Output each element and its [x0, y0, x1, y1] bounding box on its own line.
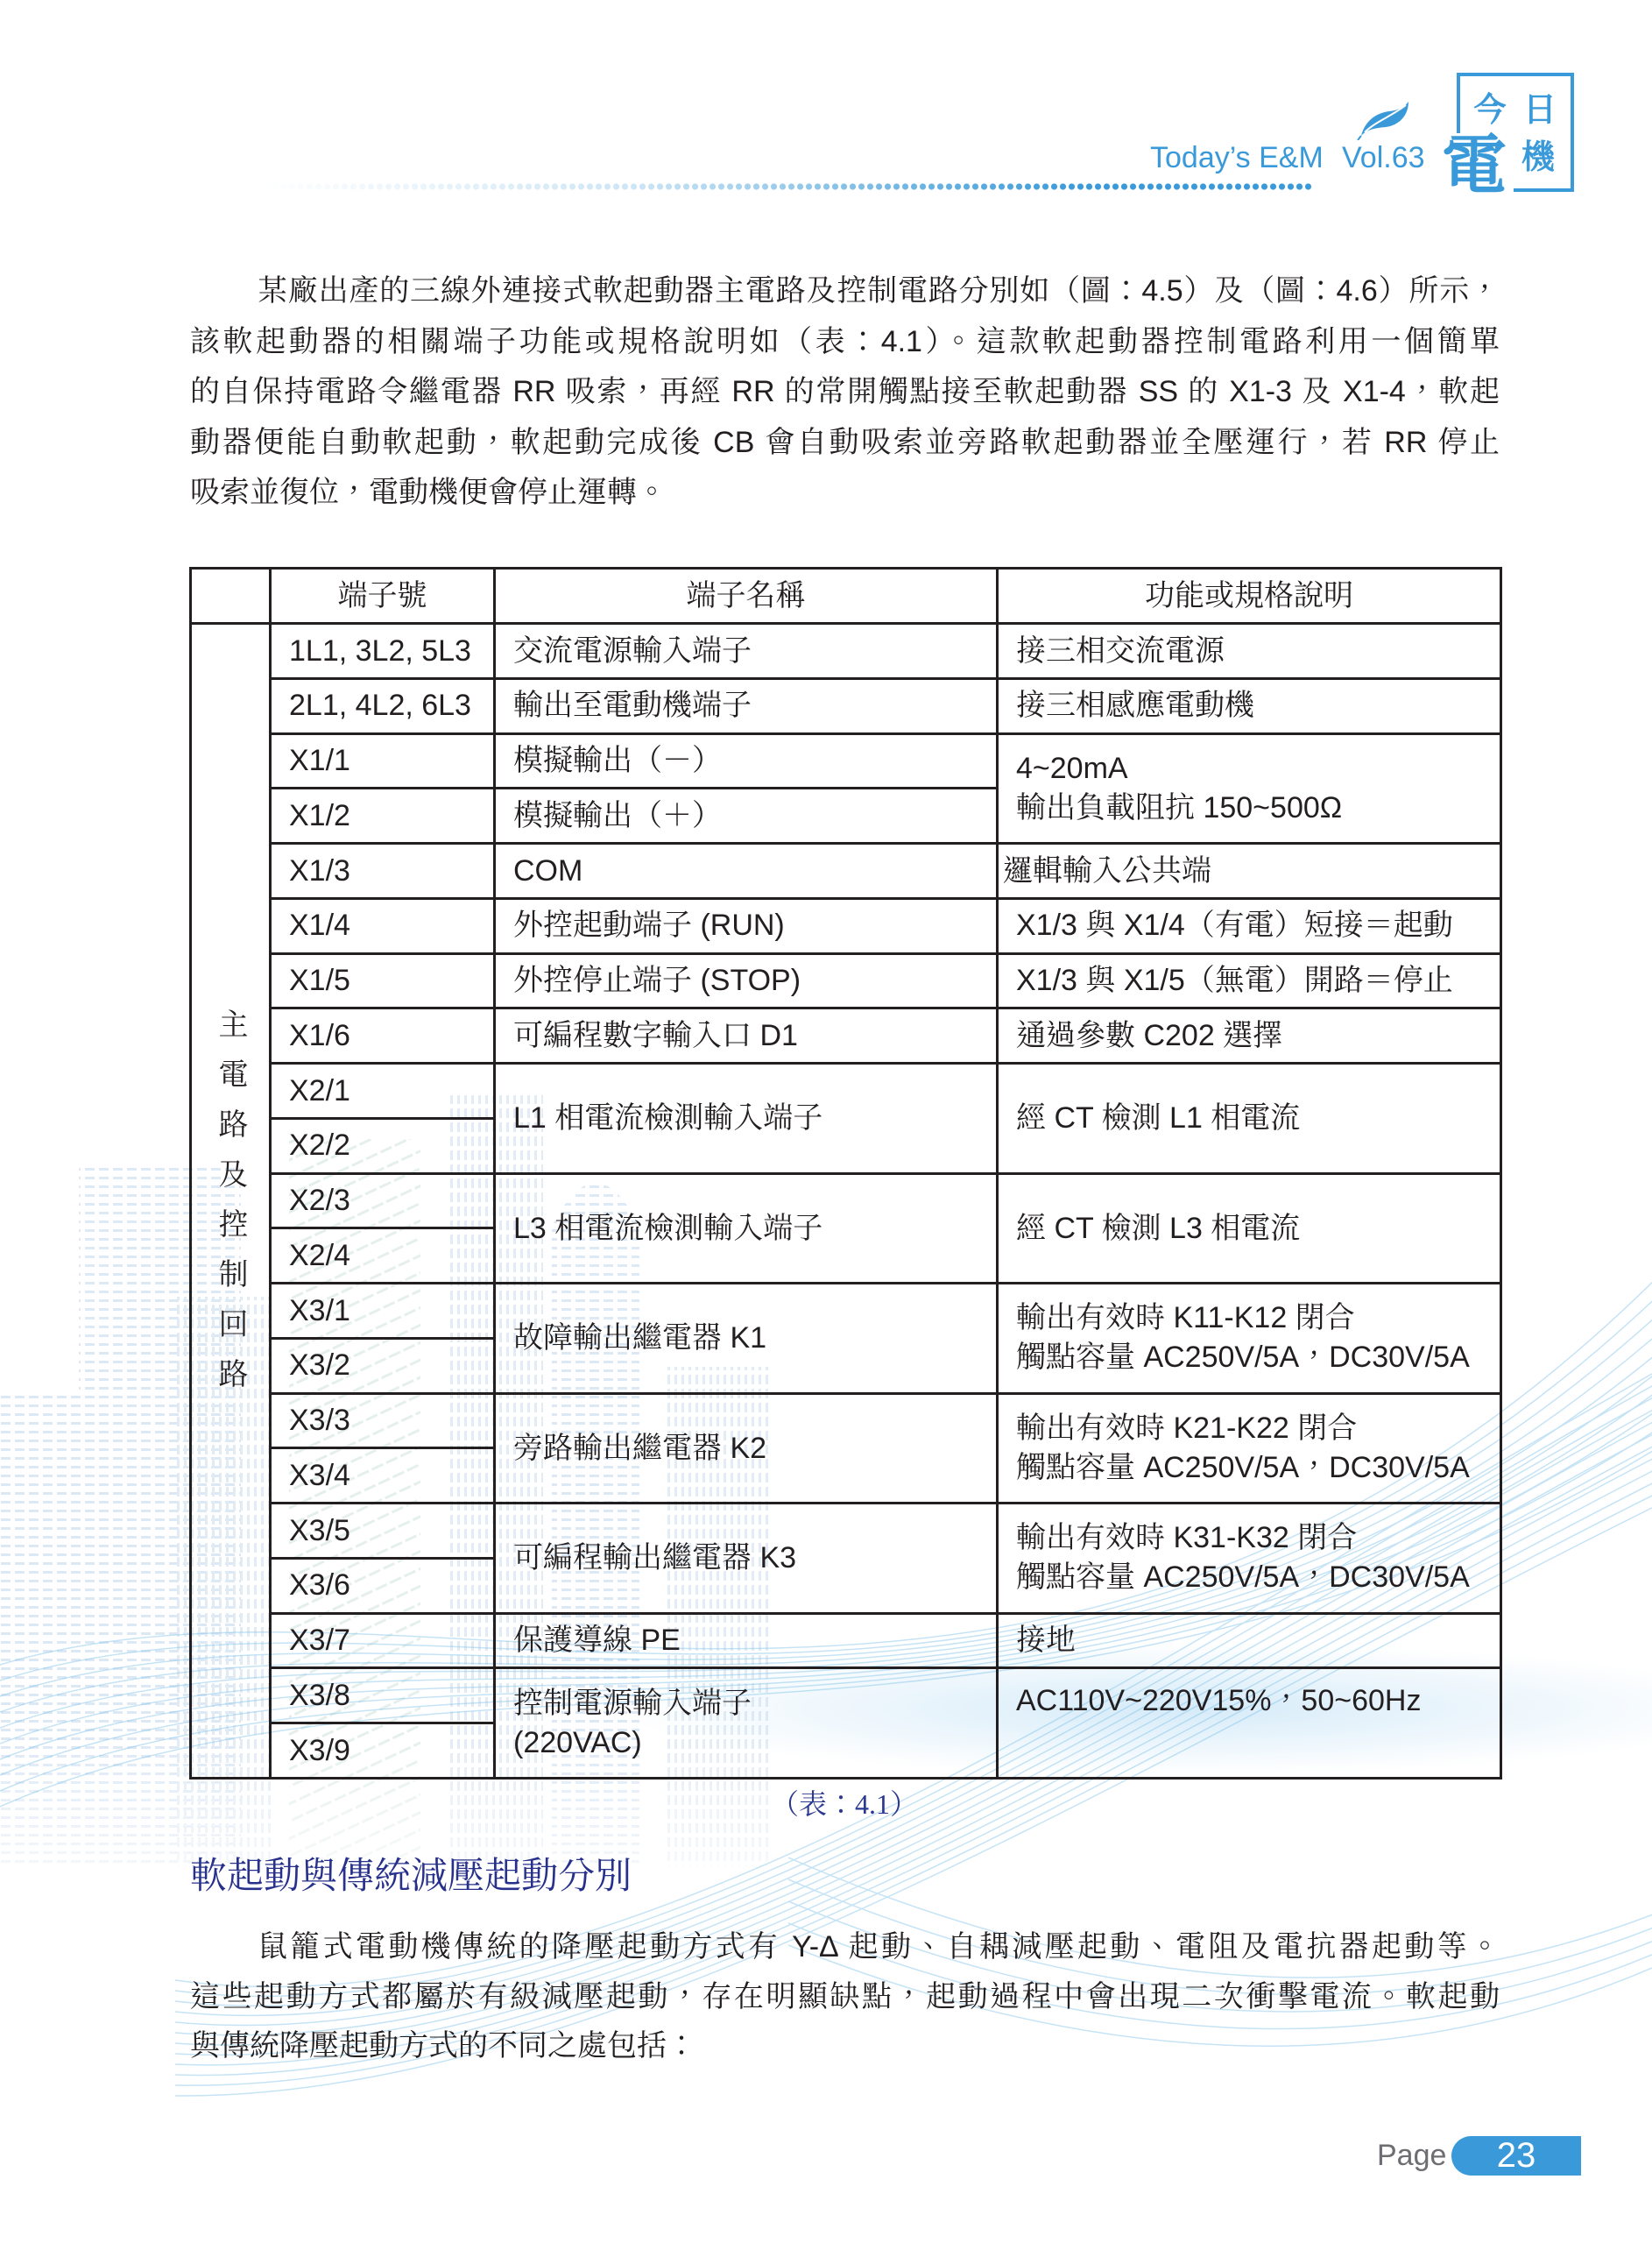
table-row: X2/1 L1 相電流檢測輸入端子 經 CT 檢測 L1 相電流 — [191, 1064, 1501, 1119]
table-row: 主電路及控制回路 1L1, 3L2, 5L3 交流電源輸入端子 接三相交流電源 — [191, 624, 1501, 679]
page-number-badge: 23 — [1451, 2136, 1581, 2176]
paragraph-line: 鼠籠式電動機傳統的降壓起動方式有 Y-Δ 起動、自耦減壓起動、電阻及電抗器起動等… — [190, 1922, 1500, 1972]
table-row: X1/4 外控起動端子 (RUN) X1/3 與 X1/4（有電）短接＝起動 — [191, 898, 1501, 953]
spec-line: 觸點容量 AC250V/5A，DC30V/5A — [1016, 1448, 1493, 1488]
dotted-divider — [263, 183, 1314, 190]
function-spec-cell: 邏輯輸入公共端 — [998, 844, 1501, 899]
terminal-name-cell: L3 相電流檢測輸入端子 — [495, 1173, 998, 1284]
terminal-name-cell: 可編程輸出繼電器 K3 — [495, 1504, 998, 1614]
terminal-name-cell: 交流電源輸入端子 — [495, 624, 998, 679]
leaf-icon — [1356, 101, 1410, 140]
magazine-title: Today’s E&M — [1150, 140, 1324, 175]
terminal-name-cell: 故障輸出繼電器 K1 — [495, 1284, 998, 1394]
terminal-name-cell: 可編程數字輸入口 D1 — [495, 1008, 998, 1064]
function-spec-cell: 輸出有效時 K31-K32 閉合 觸點容量 AC250V/5A，DC30V/5A — [998, 1504, 1501, 1614]
terminal-name-cell: 模擬輸出（－） — [495, 733, 998, 789]
paragraph-line: 某廠出產的三線外連接式軟起動器主電路及控制電路分別如（圖：4.5）及（圖：4.6… — [190, 266, 1500, 317]
section-paragraph: 鼠籠式電動機傳統的降壓起動方式有 Y-Δ 起動、自耦減壓起動、電阻及電抗器起動等… — [190, 1922, 1500, 2071]
terminal-name-cell: 模擬輸出（＋） — [495, 789, 998, 844]
terminal-no-cell: X1/3 — [271, 844, 495, 899]
paragraph-line: 與傳統降壓起動方式的不同之處包括： — [190, 2021, 1500, 2071]
terminal-no-cell: X3/2 — [271, 1338, 495, 1393]
function-spec-cell: X1/3 與 X1/4（有電）短接＝起動 — [998, 898, 1501, 953]
table-row: X1/3 COM 邏輯輸入公共端 — [191, 844, 1501, 899]
function-spec-cell: 經 CT 檢測 L3 相電流 — [998, 1173, 1501, 1284]
function-spec-cell: 接三相感應電動機 — [998, 678, 1501, 733]
function-spec-cell: 輸出有效時 K11-K12 閉合 觸點容量 AC250V/5A，DC30V/5A — [998, 1284, 1501, 1394]
name-line: (220VAC) — [513, 1723, 989, 1763]
section-heading: 軟起動與傳統減壓起動分別 — [190, 1854, 632, 1900]
group-label: 主電路及控制回路 — [215, 1008, 245, 1408]
logo-char-ji: 機 — [1520, 139, 1557, 174]
terminal-name-cell: 控制電源輸入端子 (220VAC) — [495, 1668, 998, 1779]
logo-char-ri: 日 — [1522, 92, 1557, 127]
terminal-no-cell: X3/3 — [271, 1393, 495, 1448]
terminal-name-cell: 外控起動端子 (RUN) — [495, 898, 998, 953]
terminal-no-cell: X2/2 — [271, 1118, 495, 1173]
paragraph-line: 吸索並復位，電動機便會停止運轉。 — [190, 468, 1500, 519]
function-spec-cell: 輸出有效時 K21-K22 閉合 觸點容量 AC250V/5A，DC30V/5A — [998, 1393, 1501, 1504]
paragraph-line: 的自保持電路令繼電器 RR 吸索，再經 RR 的常開觸點接至軟起動器 SS 的 … — [190, 367, 1500, 418]
function-spec-cell: 接地 — [998, 1613, 1501, 1668]
group-label-cell: 主電路及控制回路 — [191, 624, 271, 1779]
table-row: X3/7 保護導線 PE 接地 — [191, 1613, 1501, 1668]
terminal-no-cell: X3/8 — [271, 1668, 495, 1723]
table-row: X1/6 可編程數字輸入口 D1 通過參數 C202 選擇 — [191, 1008, 1501, 1064]
terminal-name-cell: 外控停止端子 (STOP) — [495, 953, 998, 1008]
name-line: 控制電源輸入端子 — [513, 1684, 989, 1723]
terminal-no-cell: X2/1 — [271, 1064, 495, 1119]
paragraph-line: 這些起動方式都屬於有級減壓起動，存在明顯缺點，起動過程中會出現二次衝擊電流。軟起… — [190, 1972, 1500, 2022]
header-terminal-no: 端子號 — [271, 569, 495, 624]
terminal-no-cell: 1L1, 3L2, 5L3 — [271, 624, 495, 679]
table-header-row: 端子號 端子名稱 功能或規格說明 — [191, 569, 1501, 624]
table-row: X3/1 故障輸出繼電器 K1 輸出有效時 K11-K12 閉合 觸點容量 AC… — [191, 1284, 1501, 1339]
spec-line: 觸點容量 AC250V/5A，DC30V/5A — [1016, 1338, 1493, 1377]
function-spec-cell: 經 CT 檢測 L1 相電流 — [998, 1064, 1501, 1174]
paragraph-line: 該軟起動器的相關端子功能或規格說明如（表：4.1）。這款軟起動器控制電路利用一個… — [190, 317, 1500, 368]
terminal-no-cell: X1/5 — [271, 953, 495, 1008]
terminal-no-cell: X3/9 — [271, 1723, 495, 1779]
spec-line: 輸出負載阻抗 150~500Ω — [1016, 789, 1493, 828]
page-label: Page — [1377, 2138, 1446, 2173]
spec-line: 輸出有效時 K31-K32 閉合 — [1016, 1518, 1493, 1558]
terminal-no-cell: X1/4 — [271, 898, 495, 953]
terminal-no-cell: X3/4 — [271, 1448, 495, 1504]
header-group-cell — [191, 569, 271, 624]
table-row: X2/3 L3 相電流檢測輸入端子 經 CT 檢測 L3 相電流 — [191, 1173, 1501, 1228]
table-row: X1/5 外控停止端子 (STOP) X1/3 與 X1/5（無電）開路＝停止 — [191, 953, 1501, 1008]
table-row: 2L1, 4L2, 6L3 輸出至電動機端子 接三相感應電動機 — [191, 678, 1501, 733]
terminal-no-cell: X3/7 — [271, 1613, 495, 1668]
header-terminal-name: 端子名稱 — [495, 569, 998, 624]
function-spec-cell: X1/3 與 X1/5（無電）開路＝停止 — [998, 953, 1501, 1008]
terminal-spec-table: 端子號 端子名稱 功能或規格說明 主電路及控制回路 1L1, 3L2, 5L3 … — [189, 567, 1502, 1780]
terminal-name-cell: 旁路輸出繼電器 K2 — [495, 1393, 998, 1504]
table-row: X1/1 模擬輸出（－） 4~20mA 輸出負載阻抗 150~500Ω — [191, 733, 1501, 789]
function-spec-cell: 4~20mA 輸出負載阻抗 150~500Ω — [998, 733, 1501, 844]
function-spec-cell: 通過參數 C202 選擇 — [998, 1008, 1501, 1064]
terminal-no-cell: X2/3 — [271, 1173, 495, 1228]
terminal-no-cell: 2L1, 4L2, 6L3 — [271, 678, 495, 733]
intro-paragraph: 某廠出產的三線外連接式軟起動器主電路及控制電路分別如（圖：4.5）及（圖：4.6… — [190, 266, 1500, 519]
spec-line: 輸出有效時 K11-K12 閉合 — [1016, 1298, 1493, 1338]
spec-line: 輸出有效時 K21-K22 閉合 — [1016, 1409, 1493, 1448]
function-spec-cell: 接三相交流電源 — [998, 624, 1501, 679]
terminal-no-cell: X3/5 — [271, 1504, 495, 1559]
table-caption: （表：4.1） — [189, 1787, 1500, 1822]
spec-line: 4~20mA — [1016, 749, 1493, 789]
volume-number: Vol.63 — [1342, 140, 1425, 175]
table-row: X3/3 旁路輸出繼電器 K2 輸出有效時 K21-K22 閉合 觸點容量 AC… — [191, 1393, 1501, 1448]
terminal-no-cell: X3/6 — [271, 1558, 495, 1613]
terminal-no-cell: X1/1 — [271, 733, 495, 789]
table-row: X3/5 可編程輸出繼電器 K3 輸出有效時 K31-K32 閉合 觸點容量 A… — [191, 1504, 1501, 1559]
terminal-no-cell: X3/1 — [271, 1284, 495, 1339]
header-function-spec: 功能或規格說明 — [998, 569, 1501, 624]
terminal-name-cell: COM — [495, 844, 998, 899]
terminal-no-cell: X2/4 — [271, 1228, 495, 1284]
table-row: X3/8 控制電源輸入端子 (220VAC) AC110V~220V15%，50… — [191, 1668, 1501, 1723]
terminal-name-cell: 輸出至電動機端子 — [495, 678, 998, 733]
terminal-name-cell: L1 相電流檢測輸入端子 — [495, 1064, 998, 1174]
paragraph-line: 動器便能自動軟起動，軟起動完成後 CB 會自動吸索並旁路軟起動器並全壓運行，若 … — [190, 418, 1500, 469]
terminal-no-cell: X1/6 — [271, 1008, 495, 1064]
terminal-name-cell: 保護導線 PE — [495, 1613, 998, 1668]
logo-char-jin: 今 — [1472, 92, 1507, 127]
spec-line: 觸點容量 AC250V/5A，DC30V/5A — [1016, 1558, 1493, 1597]
logo-char-dian: 電 — [1439, 131, 1509, 200]
function-spec-cell: AC110V~220V15%，50~60Hz — [998, 1668, 1501, 1779]
magazine-logo: 今 日 電 機 — [1428, 61, 1585, 202]
terminal-no-cell: X1/2 — [271, 789, 495, 844]
